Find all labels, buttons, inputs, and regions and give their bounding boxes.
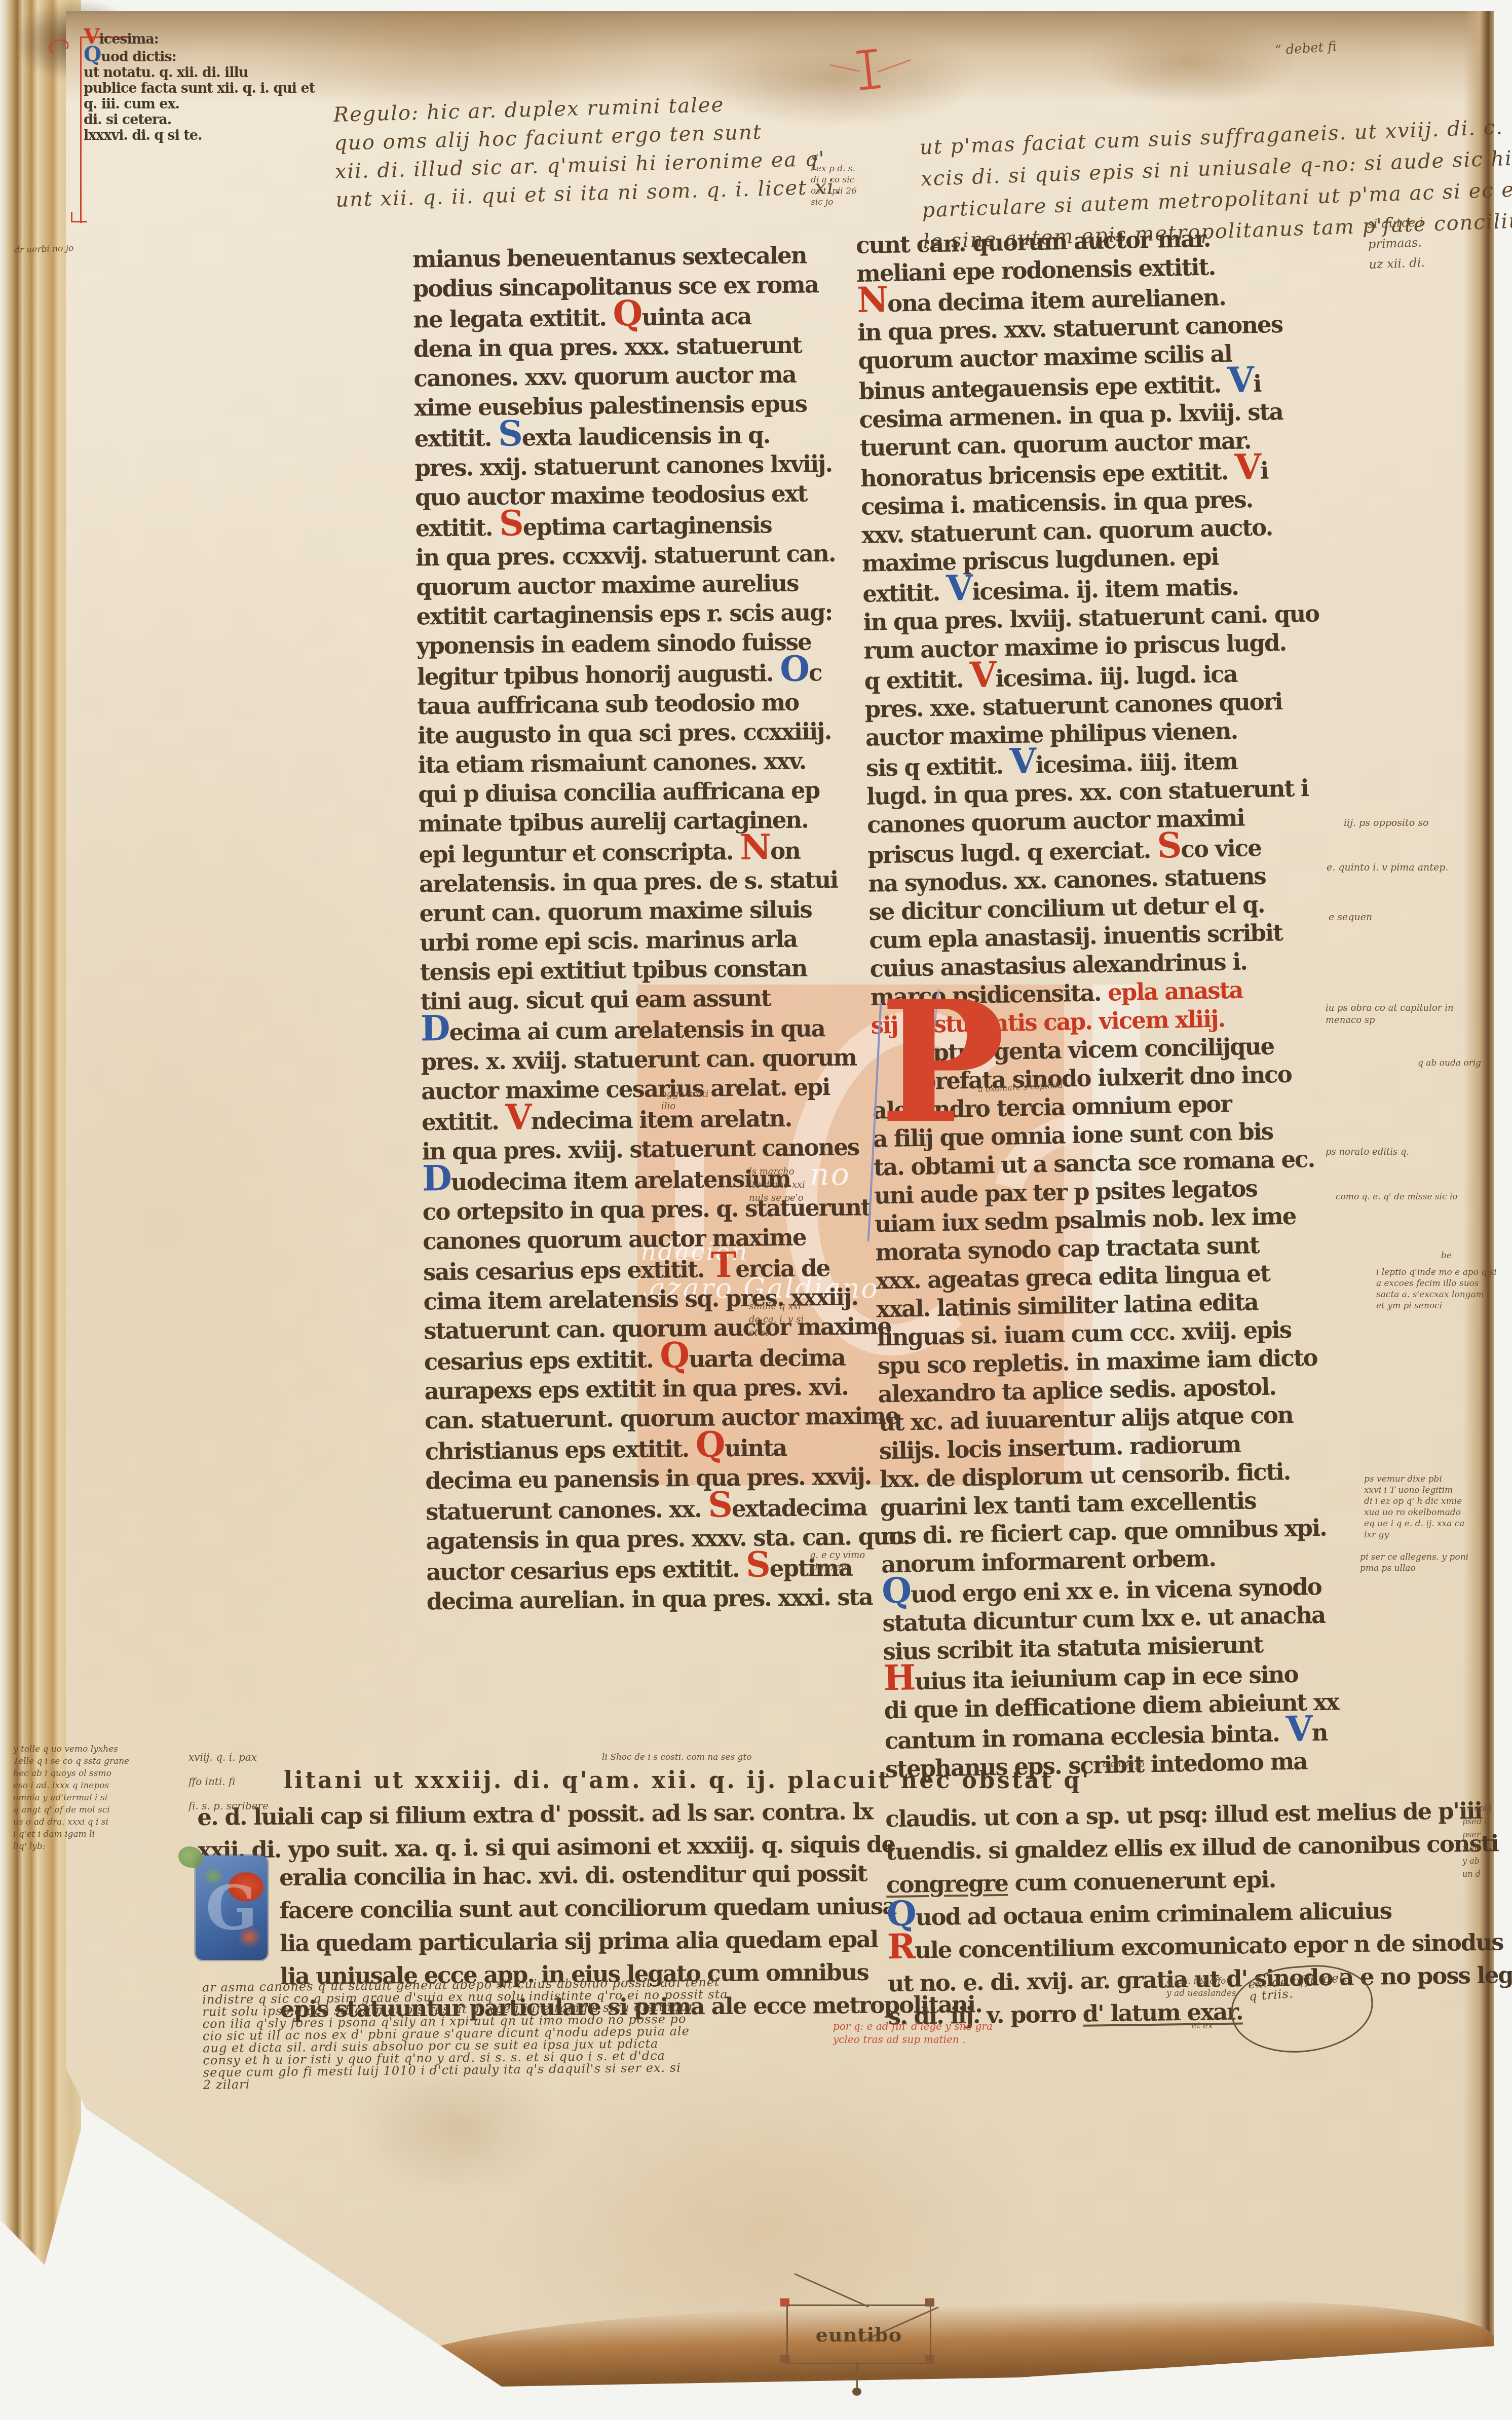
script-text: ut notatu. q. xii. di. illu: [84, 65, 248, 81]
script-text: di. si cetera.: [84, 112, 171, 128]
margin-note-line: simile q xxi: [749, 1300, 804, 1313]
script-text: in qua pres. ccxxvij. statuerunt can.: [415, 540, 836, 572]
text-line: di. si cetera.: [84, 112, 315, 128]
script-text: ecima ai cum arelatensis in qua: [449, 1014, 825, 1046]
script-text: arelatensis. in qua pres. de s. statui: [419, 866, 838, 898]
margin-note: ps vemur dixe pbixxvi i T uono legitimdi…: [1364, 1473, 1464, 1540]
text-line: mianus beneuentanus sextecalen: [412, 240, 859, 274]
script-text: i: [1253, 370, 1261, 397]
margin-note-line: oggo arati: [661, 1088, 709, 1101]
text-line: sais cesarius eps extitit. Tercia de: [423, 1251, 870, 1287]
text-line: legitur tpibus honorij augusti. Oc: [417, 656, 863, 692]
script-text: claudis. ut con a sp. ut psq: illud est …: [885, 1797, 1482, 1832]
margin-note-line: liq' lyb:: [13, 1840, 129, 1852]
script-text: urbi rome epi scis. marinus arla: [420, 925, 797, 957]
margin-note-line: e. quinto i. v pima antep.: [1327, 861, 1448, 874]
script-text: canones quorum auctor maxime: [423, 1224, 806, 1255]
text-line: e. d. luiali cap si filium extra d' poss…: [197, 1795, 895, 1834]
margin-note-line: eso i ad. lxxx q inepos: [13, 1780, 129, 1792]
underlined-text: d' latum exar.: [1082, 1998, 1243, 2027]
margin-note-line: uz xii. di.: [1369, 252, 1425, 275]
script-text: extadecima: [732, 1494, 867, 1523]
script-text: cesarius eps extitit.: [424, 1346, 660, 1376]
initial-red: T: [711, 1244, 736, 1285]
margin-note-line: i leptio q'inde mo e apo q si: [1376, 1267, 1497, 1278]
text-line: canones quorum auctor maxime: [423, 1222, 869, 1256]
script-text: icesima. iij. lugd. ica: [995, 660, 1237, 692]
main-text-left-column: mianus beneuentanus sextecalenpodius sin…: [412, 240, 873, 1616]
script-text: uodecima item arelatensium: [450, 1165, 790, 1196]
script-text: on: [770, 837, 800, 865]
script-text: qui p diuisa concilia auffricana ep: [418, 776, 819, 808]
top-center-gloss: Regulo: hic ar. duplex rumini taleequo o…: [333, 88, 842, 214]
margin-note: e sequen: [1329, 911, 1372, 923]
script-text: can. statuerunt. quorum auctor maxime: [425, 1402, 899, 1434]
margin-note: q ab ouda orig: [1418, 1058, 1481, 1069]
margin-note-line: i ex p d. s.: [811, 163, 857, 174]
decorated-initial-P: P: [873, 997, 964, 1281]
margin-note-line: q ab ouda orig: [1418, 1058, 1481, 1069]
script-text: tuendis. si gnaldez ellis ex illud de ca…: [886, 1830, 1498, 1865]
margin-note-line: sacta a. s'excxax longam: [1376, 1289, 1497, 1300]
text-line: pres. x. xviij. statuerunt can. quorum: [421, 1042, 867, 1077]
script-text: ita etiam rismaiunt canones. xxv.: [418, 747, 806, 779]
initial-red: S: [1157, 825, 1181, 866]
script-text: canones. xxv. quorum auctor ma: [413, 361, 796, 392]
script-text: q triis.: [1249, 1986, 1294, 2003]
margin-note-line: Telle q i se co q ssta grane: [13, 1755, 129, 1767]
script-text: decima eu panensis in qua pres. xxvij.: [425, 1462, 871, 1494]
margin-note-line: x ati: [1462, 1841, 1492, 1855]
script-text: co vice: [1181, 834, 1261, 863]
margin-note-line: ps vemur dixe pbi: [1364, 1473, 1464, 1485]
text-line: decima eu panensis in qua pres. xxvij.: [425, 1461, 872, 1496]
text-line: quo auctor maxime teodosius ext: [415, 478, 861, 512]
script-text: extitit cartaginensis eps r. scis aug:: [416, 598, 832, 630]
margin-note: por q: e ad fin' d'lege y sño graycleo t…: [833, 2020, 993, 2046]
text-line: minate tpibus aurelij cartaginen.: [419, 804, 865, 839]
script-text: eptima cartaginensis: [523, 511, 772, 541]
catchword-frame: euntibo: [786, 2304, 931, 2364]
margin-note-line: xua uo ro okelbomado: [1364, 1507, 1464, 1518]
script-text: n: [1311, 1719, 1328, 1747]
page-bottom-edge: [395, 2294, 1496, 2393]
margin-note: e. quinto i. v pima antep.: [1327, 861, 1448, 874]
text-line: urbi rome epi scis. marinus arla: [420, 923, 866, 958]
initial-blue: V: [1227, 359, 1254, 401]
margin-note-line: di a co sic: [811, 174, 857, 185]
margin-note-line: ls marcho: [749, 1165, 805, 1179]
script-text: ite augusto in qua sci pres. ccxxiiij.: [418, 717, 831, 749]
text-line: agatensis in qua pres. xxxv. sta. can. q…: [426, 1522, 872, 1556]
script-text: lia quedam particularia sij prima alia q…: [280, 1926, 878, 1957]
margin-note-line: ilio: [661, 1101, 709, 1113]
margin-note-line: a excoes fecim illo suos: [1376, 1278, 1497, 1289]
margin-note: be: [1441, 1251, 1452, 1261]
script-text: taua auffricana sub teodosio mo: [417, 689, 799, 720]
initial-red: V: [1234, 446, 1261, 488]
margin-note: q. e cy vimovi rexen: [810, 1549, 865, 1574]
text-line: in qua pres. ccxxvij. statuerunt can.: [415, 538, 862, 573]
initial-blue: Q: [84, 42, 101, 66]
text-line: Quod dictis:: [84, 47, 315, 65]
script-text: cum conuenerunt epi.: [1008, 1866, 1276, 1897]
initial-blue: V: [946, 568, 972, 609]
script-text: sis q extitit.: [866, 752, 1010, 782]
margin-note-line: y ab: [1462, 1855, 1492, 1868]
text-line: extitit. Vndecima item arelatn.: [422, 1101, 868, 1137]
foliage-ornament-icon: [178, 1846, 203, 1868]
margin-note-line: fi. s. p. scribere: [188, 1794, 269, 1818]
circled-annotation-text: ex. de offi. del.q triis.: [1248, 1970, 1371, 2003]
initial-blue: V: [1286, 1708, 1312, 1750]
text-line: can. statuerunt. quorum auctor maxime: [425, 1401, 871, 1435]
text-line: tini aug. sicut qui eam assunt: [420, 982, 866, 1016]
text-line: in qua pres. xviij. statuerunt canones: [422, 1132, 868, 1166]
text-line: auctor cesarius eps extitit. Septima: [426, 1551, 873, 1587]
script-text: extitit.: [415, 514, 499, 542]
margin-note-line: xxvi i T uono legitim: [1364, 1485, 1464, 1496]
text-line: extitit cartaginensis eps r. scis aug:: [416, 597, 862, 631]
script-text: eralia concilia in hac. xvi. di. ostendi…: [279, 1860, 867, 1891]
margin-note: como q. e. q' de misse sic io: [1336, 1192, 1458, 1202]
script-text: legitur tpibus honorij augusti.: [417, 659, 780, 691]
text-line: facere concilia sunt aut conciliorum que…: [279, 1889, 981, 1927]
margin-note-line: q lau. i & offo: [1166, 1975, 1236, 1987]
initial-red: R: [887, 1926, 915, 1967]
text-line: extitit. Sexta laudicensis in q.: [414, 418, 861, 453]
margin-note: xviij. q. i. paxffo inti. fifi. s. p. sc…: [188, 1745, 269, 1818]
margin-note-line: pma ps ullao: [1360, 1563, 1468, 1574]
margin-note-line: os t. pii 26: [811, 185, 857, 197]
margin-note-line: de ca. i. v si: [749, 1313, 804, 1327]
initial-red: V: [505, 1096, 531, 1138]
margin-note-line: xi: [811, 152, 857, 163]
script-text: i: [1260, 457, 1268, 484]
text-line: arelatensis. in qua pres. de s. statui: [419, 864, 865, 899]
margin-note: si autce iprimaas.uz xii. di.: [1367, 212, 1425, 275]
text-line: quorum auctor maxime aurelius: [416, 568, 862, 602]
script-text: yponensis in eadem sinodo fuisse: [417, 628, 811, 660]
script-text: tensis epi extitiut tpibus constan: [420, 955, 807, 986]
margin-note: li Shoc de i s costi. com na ses gto: [602, 1752, 752, 1763]
script-text: uinta: [724, 1434, 786, 1462]
text-line: ut notatu. q. xii. di. illu: [84, 65, 315, 81]
margin-note-line: q. e cy vimo: [810, 1549, 865, 1562]
margin-note-line: psed i: [1462, 1815, 1492, 1828]
margin-note-line: i s epla: [1462, 1802, 1492, 1815]
text-line: aurapexs eps extitit in qua pres. xvi.: [424, 1372, 871, 1406]
initial-blue: V: [1009, 740, 1036, 782]
script-text: pres. x. xviij. statuerunt can. quorum: [421, 1044, 856, 1076]
margin-note-line: nuls se pe'o: [749, 1192, 805, 1205]
text-line: Decima ai cum arelatensis in qua: [421, 1011, 867, 1047]
initial-red: Q: [660, 1335, 689, 1376]
text-line: litani ut xxxiij. di. q'am. xii. q. ij. …: [284, 1766, 1090, 1794]
script-text: quorum auctor maxime aurelius: [416, 570, 799, 601]
margin-note-line: omnia y ad'termal i si: [13, 1792, 129, 1804]
script-text: auctor cesarius eps extitit.: [426, 1555, 746, 1586]
text-line: extitit. Septima cartaginensis: [415, 507, 861, 543]
text-line: taua auffricana sub teodosio mo: [417, 687, 863, 721]
margin-note: iij. ps opposito so: [1344, 817, 1428, 829]
initial-blue: Q: [881, 1570, 911, 1611]
margin-note-line: como q. e. q' de misse sic io: [1336, 1192, 1458, 1202]
script-text: auctor maxime cesarius arelat. epi: [421, 1073, 830, 1105]
script-text: exta laudicensis in q.: [522, 421, 770, 451]
script-text: lxxxvi. di. q si te.: [84, 128, 202, 143]
text-line: dena in qua pres. xxx. statuerunt: [413, 329, 860, 364]
script-text: decima aurelian. in qua pres. xxxi. sta: [427, 1583, 873, 1615]
text-line: cesarius eps extitit. Quarta decima: [424, 1341, 871, 1377]
initial-blue: D: [421, 1008, 449, 1049]
margin-note: pi ser ce allegens. y ponipma ps ullao: [1360, 1552, 1468, 1574]
margin-note-line: pi ser ce allegens. y poni: [1360, 1552, 1468, 1563]
script-text: quo auctor maxime teodosius ext: [415, 480, 807, 511]
text-line: canones. xxv. quorum auctor ma: [413, 359, 860, 393]
script-text: facere concilia sunt aut conciliorum que…: [279, 1893, 896, 1923]
script-text: christianus eps extitit.: [425, 1435, 696, 1465]
margin-note-line: pser: [1462, 1828, 1492, 1841]
margin-note-line: si autce i: [1367, 212, 1424, 234]
script-text: publice facta sunt xii. q. i. qui et: [84, 81, 315, 96]
initial-red: N: [857, 279, 888, 321]
script-text: ne legata extitit.: [413, 304, 613, 333]
script-text: uod ad octaua enim criminalem alicuius: [916, 1897, 1392, 1931]
margin-note: dr uerbi no jo: [14, 243, 74, 256]
margin-note-line: iu ps obra co at capitulor in: [1326, 1002, 1453, 1014]
red-quire-mark-icon: [853, 49, 884, 92]
margin-note-line: li Shoc de i s costi. com na ses gto: [602, 1752, 752, 1763]
margin-note: ls marchoite d'ano xxinuls se pe'o: [749, 1165, 805, 1205]
margin-note-line: sic jo: [811, 197, 857, 208]
initial-red: Q: [613, 293, 642, 334]
initial-red: Q: [695, 1424, 725, 1465]
text-line: xime eusebius palestinensis epus: [414, 388, 860, 423]
margin-note-line: us o ad dra. xxxi q i si: [13, 1816, 129, 1828]
script-text: e. d. luiali cap si filium extra d' poss…: [197, 1798, 873, 1831]
margin-note-line: lxr gy: [1364, 1529, 1464, 1540]
text-line: publice facta sunt xii. q. i. qui et: [84, 81, 315, 96]
margin-note-line: et ym pi senoci: [1376, 1300, 1497, 1311]
margin-note: xii ex p d. s.di a co sicos t. pii 26sic…: [811, 152, 857, 208]
manuscript-photo: Fundación Lázaro Galdiano no Vicesima:Qu…: [0, 0, 1512, 2420]
script-text: mianus beneuentanus sextecalen: [412, 242, 807, 273]
script-text: ercia de: [735, 1254, 829, 1282]
bottom-gloss-block: ar asma canones q ut statuit generat abe…: [202, 1976, 729, 2091]
text-line: Vicesima:: [84, 29, 315, 47]
catchword-tassel-dot: [852, 2388, 861, 2396]
text-line: christianus eps extitit. Quinta: [425, 1430, 871, 1466]
margin-note: q lau. i & offoy ad ueaslandes: [1166, 1975, 1236, 1999]
margin-note-line: ffo inti. fi: [188, 1769, 269, 1794]
script-text: priscus lugd. q exerciat.: [867, 836, 1157, 869]
script-text: icesima. iiij. item: [1035, 747, 1238, 779]
script-text: icesima. ij. item matis.: [972, 573, 1239, 606]
text-line: tensis epi extitiut tpibus constan: [420, 953, 866, 987]
script-text: aurapexs eps extitit in qua pres. xvi.: [424, 1373, 848, 1405]
script-text: litani ut xxxiij. di. q'am. xii. q. ij. …: [284, 1766, 1090, 1794]
script-text: tini aug. sicut qui eam assunt: [420, 984, 771, 1015]
script-text: 2 zilari: [203, 2077, 250, 2092]
initial-red: S: [499, 503, 523, 544]
initial-red: N: [740, 826, 771, 867]
margin-note: et ex: [1192, 2021, 1213, 2031]
margin-note: simile q xxide ca. i. v siet si: [749, 1300, 804, 1340]
margin-note-line: e sequen: [1329, 911, 1372, 923]
margin-note: i leptio q'inde mo e apo q sia excoes fe…: [1376, 1267, 1497, 1311]
margin-note: ps norato editis q.: [1326, 1146, 1409, 1158]
script-text: xime eusebius palestinensis epus: [414, 390, 807, 422]
margin-note-line: di i ez op q' h dic xmie: [1364, 1496, 1464, 1507]
text-line: statuerunt canones. xx. Sextadecima: [426, 1491, 872, 1527]
margin-note-line: et si: [749, 1327, 804, 1340]
page-right-edge: [1463, 11, 1494, 2390]
script-text: uinta aca: [641, 302, 751, 331]
text-line: auctor maxime cesarius arelat. epi: [421, 1072, 867, 1106]
initial-red: H: [883, 1657, 915, 1698]
catchword-tassel: [856, 2362, 858, 2389]
margin-note-line: vi rexen: [810, 1562, 865, 1574]
margin-note-line: por q: e ad fin' d'lege y sño gra: [833, 2020, 993, 2033]
script-text: ule concentilium excomunicato epor n de …: [915, 1929, 1503, 1963]
script-text: epi leguntur et conscripta.: [419, 838, 740, 868]
initial-red: S: [708, 1484, 732, 1525]
top-left-rubric-block: Vicesima:Quod dictis:ut notatu. q. xii. …: [84, 29, 315, 143]
script-text: c: [809, 659, 822, 686]
text-line: qui p diuisa concilia auffricana ep: [418, 775, 864, 809]
margin-note-line: a d'hoc jo: [1103, 1759, 1145, 1770]
script-text: in qua pres. xviij. statuerunt canones: [422, 1133, 859, 1165]
script-text: icesima:: [99, 31, 158, 47]
initial-blue: D: [422, 1158, 451, 1199]
text-line: ite augusto in qua sci pres. ccxxiiij.: [418, 716, 864, 750]
bottom-wide-line: litani ut xxxiij. di. q'am. xii. q. ij. …: [284, 1766, 1090, 1793]
script-text: q. iii. cum ex.: [84, 96, 179, 112]
script-text: statuerunt canones. xx.: [426, 1495, 708, 1526]
margin-note-line: et ex: [1192, 2021, 1213, 2031]
margin-note-line: xviij. q. i. pax: [188, 1745, 269, 1769]
script-text: extitit.: [414, 424, 499, 452]
script-text: uod dictis:: [101, 49, 176, 65]
margin-note-line: ite d'ano xxi: [749, 1179, 805, 1192]
margin-note-line: ycleo tras ad sup matien .: [833, 2033, 993, 2046]
margin-note-line: hec ab i quoys ol ssmo: [13, 1767, 129, 1780]
margin-note: a d'hoc jo: [1103, 1759, 1145, 1770]
margin-note-line: y tolle q uo vemo lyxhes: [13, 1743, 129, 1755]
text-line: decima aurelian. in qua pres. xxxi. sta: [427, 1582, 873, 1616]
text-line: pres. xxij. statuerunt canones lxviij.: [414, 448, 861, 483]
catchword-text: euntibo: [788, 2306, 930, 2363]
text-line: epi leguntur et conscripta. Non: [419, 834, 865, 869]
illuminated-initial-G: G: [196, 1856, 268, 1960]
margin-note: i s eplapsed ipserx atiy abun d: [1462, 1802, 1492, 1881]
script-text: statuerunt can. quorum auctor maxime: [424, 1312, 891, 1345]
rubric-text: epla anasta: [1108, 976, 1243, 1006]
margin-note-line: menaco sp: [1326, 1014, 1453, 1027]
margin-note-line: iij. ps opposito so: [1344, 817, 1428, 829]
text-line: lia quedam particularia sij prima alia q…: [280, 1922, 981, 1960]
initial-red: S: [746, 1544, 770, 1585]
margin-note: iu ps obra co at capitulor inmenaco sp: [1326, 1002, 1453, 1027]
initial-red: V: [969, 654, 996, 696]
margin-note-line: dr uerbi no jo: [14, 243, 74, 256]
initial-blue: O: [780, 648, 809, 689]
margin-note-line: eq ue i q e. d. ij. xxa ca: [1364, 1518, 1464, 1529]
margin-note-line: ps norato editis q.: [1326, 1146, 1409, 1158]
margin-note-line: y ad ueaslandes: [1166, 1987, 1236, 1999]
margin-note-line: i q'et i dam igam li: [13, 1828, 129, 1840]
text-line: lxxxvi. di. q si te.: [84, 128, 315, 143]
script-text: extitit.: [862, 579, 947, 608]
margin-note: y tolle q uo vemo lyxhesTelle q i se co …: [13, 1743, 129, 1852]
text-line: ita etiam rismaiunt canones. xxv.: [418, 745, 864, 780]
text-line: erunt can. quorum maxime siluis: [419, 894, 865, 928]
text-line: eralia concilia in hac. xvi. di. ostendi…: [279, 1856, 981, 1894]
script-text: extitit.: [422, 1108, 506, 1136]
margin-note-line: be: [1441, 1251, 1452, 1261]
script-text: q extitit.: [864, 665, 970, 695]
script-text: sais cesarius eps extitit.: [423, 1256, 711, 1286]
initial-blue: S: [498, 413, 522, 454]
text-line: q. iii. cum ex.: [84, 96, 315, 112]
script-text: uarta decima: [689, 1344, 845, 1373]
script-text: dena in qua pres. xxx. statuerunt: [413, 331, 802, 363]
margin-note-line: un d: [1462, 1868, 1492, 1881]
margin-note: oggo aratiilio: [661, 1088, 709, 1113]
script-text: pres. xxij. statuerunt canones lxviij.: [414, 450, 832, 482]
text-line: ne legata extitit. Quinta aca: [413, 298, 859, 334]
script-text: erunt can. quorum maxime siluis: [419, 896, 812, 927]
margin-note-line: q angt q' of de mol sci: [13, 1804, 129, 1816]
margin-note-line: primaas.: [1368, 232, 1424, 254]
